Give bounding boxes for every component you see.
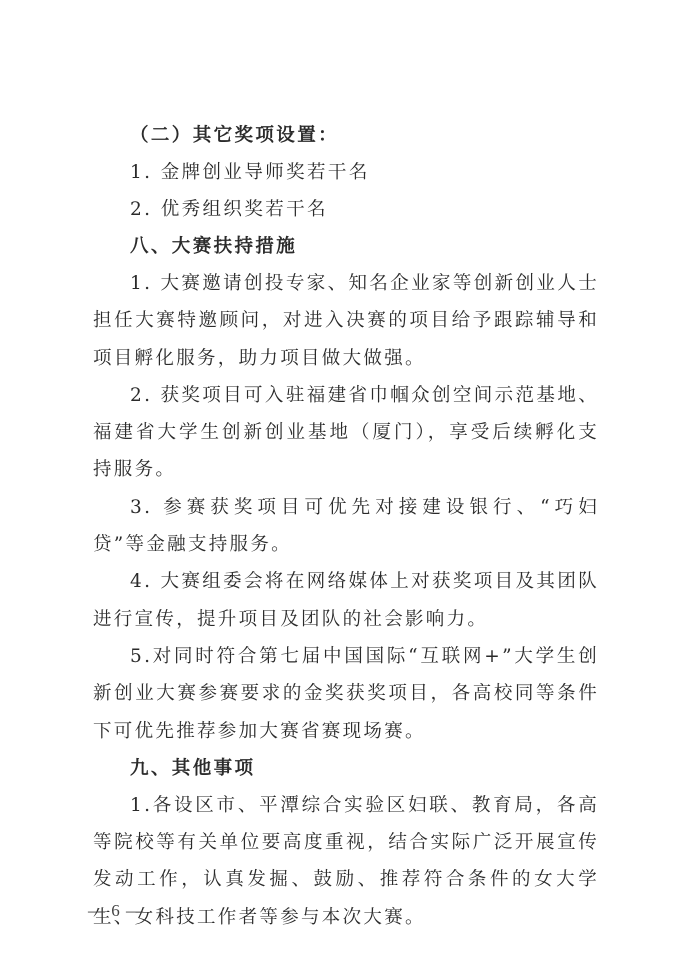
award-item: 2. 优秀组织奖若干名	[93, 191, 599, 228]
page-number: — 6 —	[88, 901, 144, 921]
support-item: 5.对同时符合第七届中国国际“互联网+”大学生创新创业大赛参赛要求的金奖获奖项目…	[93, 638, 599, 750]
section-8-title: 八、大赛扶持措施	[93, 228, 599, 265]
support-item: 4. 大赛组委会将在网络媒体上对获奖项目及其团队进行宣传，提升项目及团队的社会影…	[93, 563, 599, 638]
support-item: 3. 参赛获奖项目可优先对接建设银行、“巧妇贷”等金融支持服务。	[93, 489, 599, 564]
subsection-title: （二）其它奖项设置：	[93, 117, 599, 154]
document-page: （二）其它奖项设置： 1. 金牌创业导师奖若干名 2. 优秀组织奖若干名 八、大…	[93, 117, 599, 936]
support-item: 1. 大赛邀请创投专家、知名企业家等创新创业人士担任大赛特邀顾问，对进入决赛的项…	[93, 265, 599, 377]
award-item: 1. 金牌创业导师奖若干名	[93, 154, 599, 191]
support-item: 2. 获奖项目可入驻福建省巾帼众创空间示范基地、福建省大学生创新创业基地（厦门）…	[93, 377, 599, 489]
section-9-title: 九、其他事项	[93, 750, 599, 787]
other-item: 1.各设区市、平潭综合实验区妇联、教育局，各高等院校等有关单位要高度重视，结合实…	[93, 787, 599, 936]
